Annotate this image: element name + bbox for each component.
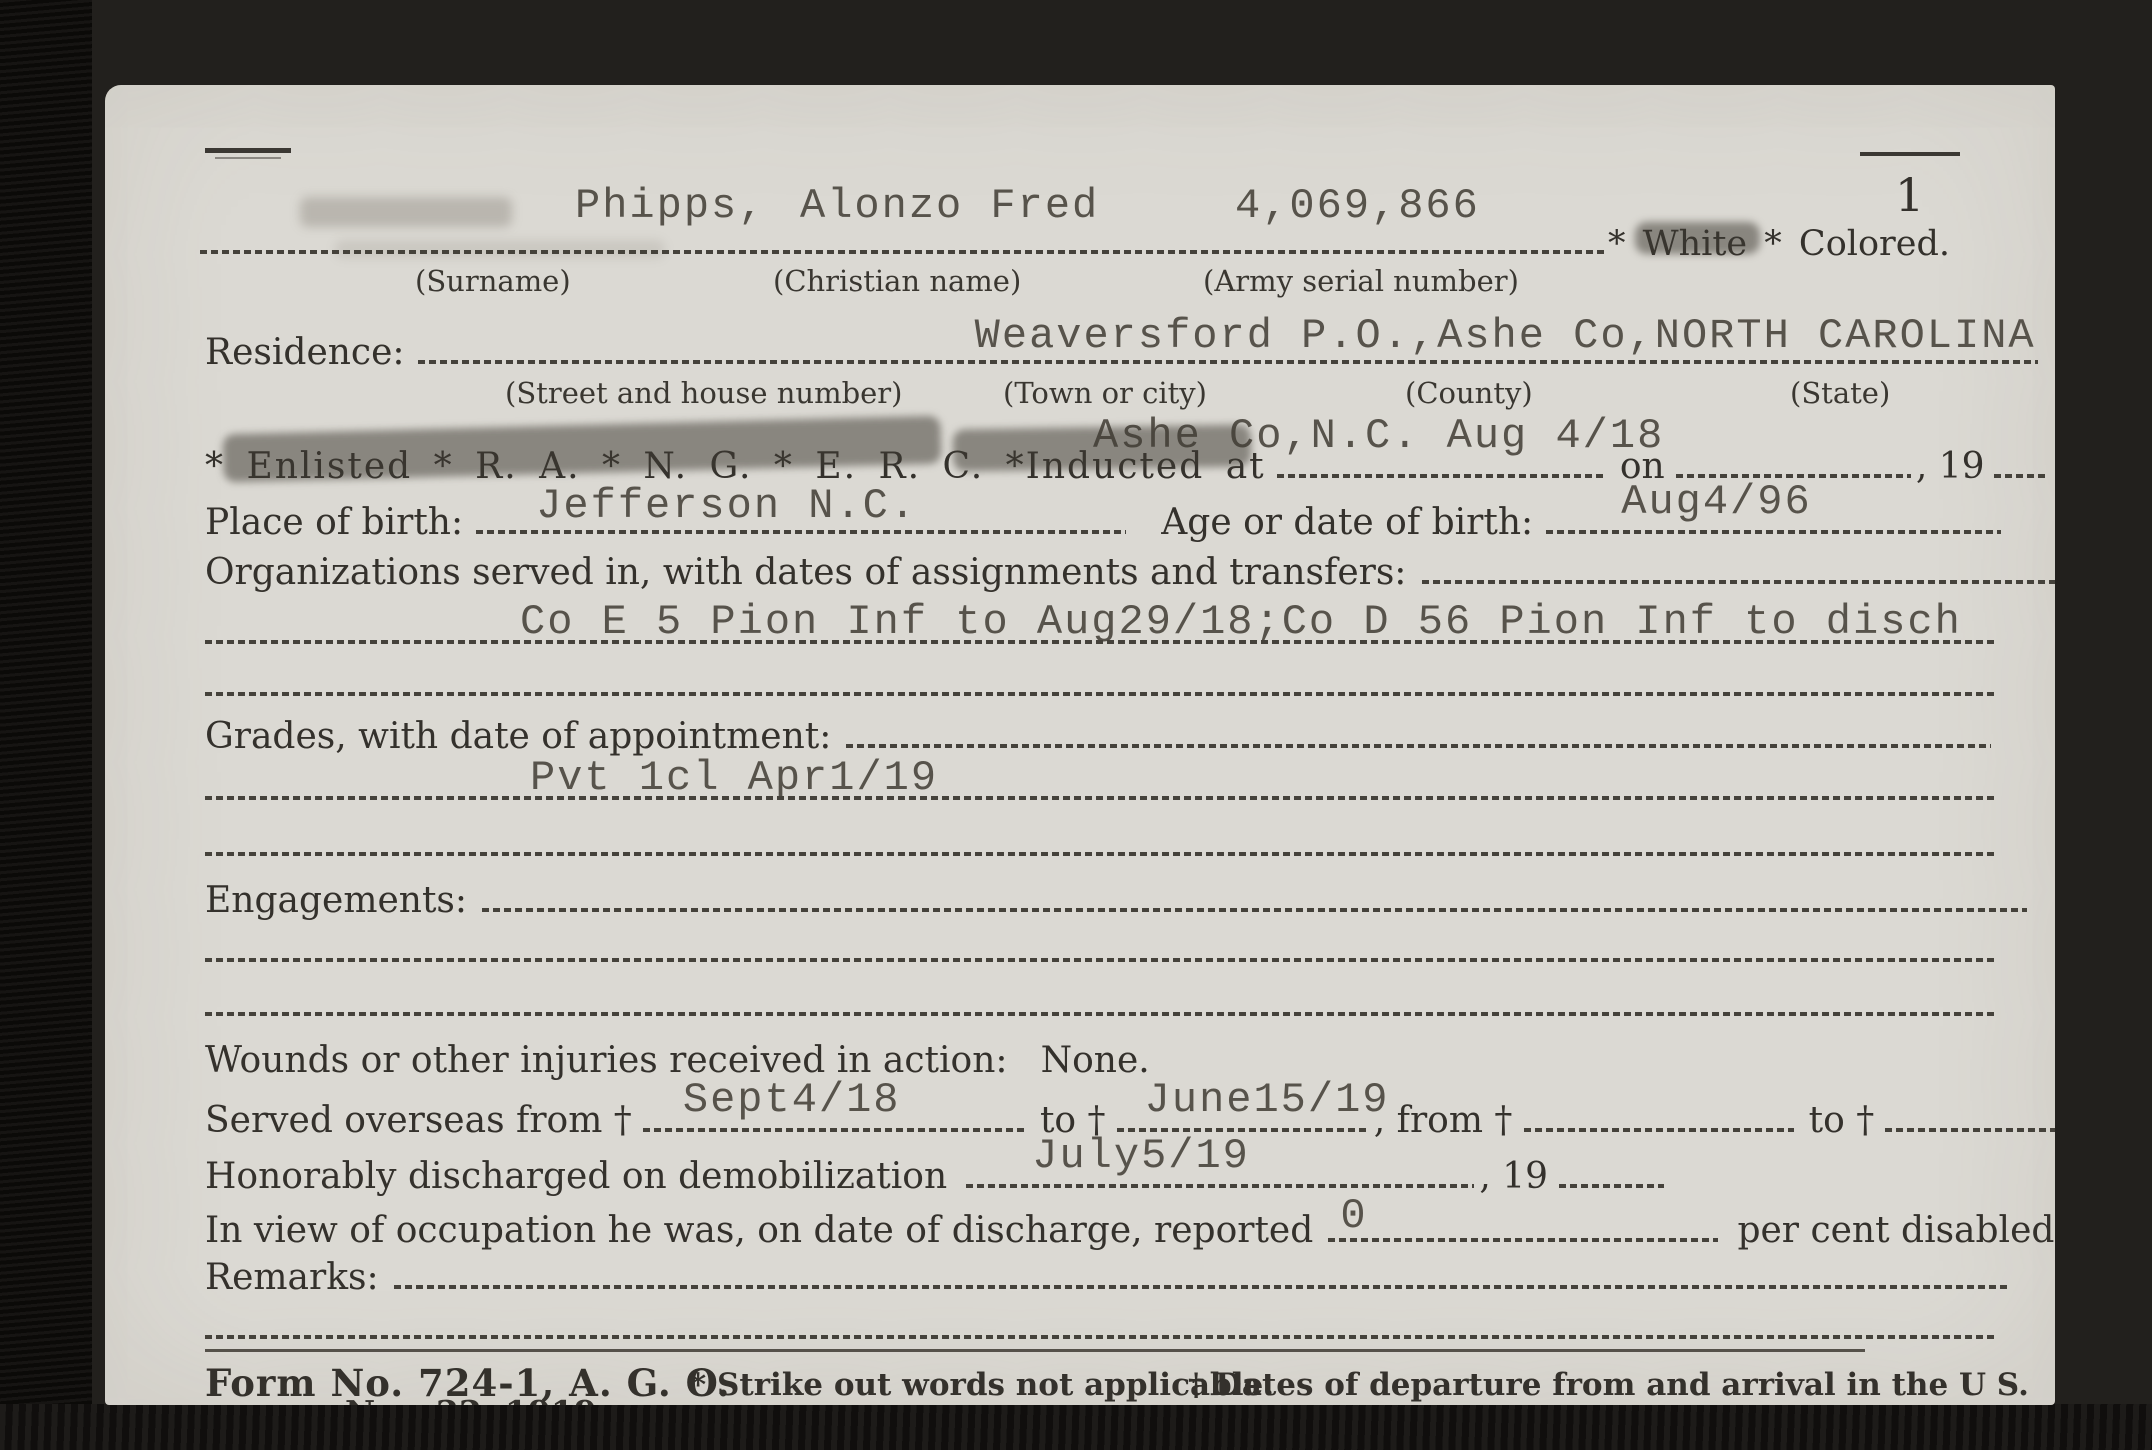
column-label-street: (Street and house number)	[505, 376, 902, 410]
induction-year-fill-line	[1994, 466, 2049, 478]
induction-year-dotted-line	[1994, 474, 2049, 478]
wounds-value: None.	[1041, 1040, 1150, 1081]
column-label-serial-number: (Army serial number)	[1203, 264, 1519, 298]
overseas-from-fill-line-2	[1524, 1120, 1794, 1132]
age-value: Aug4/96	[1621, 478, 1811, 526]
reference-tick	[205, 148, 291, 153]
column-label-christian-name: (Christian name)	[773, 264, 1021, 298]
induction-year-label: , 19	[1916, 446, 1985, 487]
discharge-row: Honorably discharged on demobilization J…	[205, 1156, 1664, 1197]
discharge-value: July5/19	[1032, 1132, 1250, 1180]
grades-label-row: Grades, with date of appointment:	[205, 716, 1991, 757]
christian-name-value: Alonzo Fred	[800, 182, 1099, 230]
place-of-birth-label: Place of birth:	[205, 502, 463, 543]
column-label-state: (State)	[1790, 376, 1890, 410]
disability-value: 0	[1340, 1192, 1367, 1240]
overseas-to-fill-line-1: June15/19	[1117, 1120, 1369, 1132]
organizations-value-row: Co E 5 Pion Inf to Aug29/18;Co D 56 Pion…	[205, 598, 1995, 644]
overseas-from-value-1: Sept4/18	[683, 1076, 901, 1124]
remarks-row: Remarks:	[205, 1257, 2009, 1298]
blank-dotted-line-2	[205, 852, 1995, 856]
column-label-surname: (Surname)	[415, 264, 571, 298]
race-colored-option: Colored.	[1799, 224, 1950, 264]
grades-value: Pvt 1cl Apr1/19	[530, 754, 938, 802]
grades-label: Grades, with date of appointment:	[205, 716, 831, 757]
disability-fill-line: 0	[1328, 1230, 1718, 1242]
form-date: Nov. 22, 1919	[345, 1393, 597, 1405]
column-label-county: (County)	[1405, 376, 1533, 410]
record-card: Phipps, Alonzo Fred 4,069,866 1 * White …	[105, 85, 2055, 1405]
induction-fill-line	[1277, 466, 1607, 478]
birth-row: Place of birth: Jefferson N.C. Age or da…	[205, 502, 2001, 543]
organizations-label: Organizations served in, with dates of a…	[205, 552, 1406, 593]
overseas-to-fill-line-2	[1885, 1120, 2055, 1132]
overseas-from-label-2: , from †	[1374, 1100, 1513, 1141]
race-star-2: *	[1764, 224, 1782, 264]
page-number: 1	[1895, 168, 1924, 222]
race-options-line: * White * Colored.	[1608, 224, 1950, 264]
induction-date-fill-line	[1676, 466, 1911, 478]
grades-value-row: Pvt 1cl Apr1/19	[205, 754, 1995, 800]
blank-dotted-line-5	[205, 1335, 1995, 1339]
grades-value-dotted-line	[205, 796, 1995, 800]
race-white-option: White	[1643, 224, 1759, 264]
ghost-text-smudge	[300, 197, 512, 227]
ghost-text-smudge-2	[335, 240, 665, 258]
residence-value: Weaversford P.O.,Ashe Co,NORTH CAROLINA	[975, 312, 2036, 360]
name-divider-dotted-line	[200, 250, 1605, 254]
surname-value: Phipps,	[575, 182, 765, 230]
footer-rule-line	[205, 1349, 1865, 1352]
age-label: Age or date of birth:	[1161, 502, 1533, 543]
blank-dotted-line-4	[205, 1012, 1995, 1016]
race-star-1: *	[1608, 224, 1626, 264]
film-edge-strip	[0, 0, 92, 1450]
organizations-label-row: Organizations served in, with dates of a…	[205, 552, 2055, 593]
organizations-value: Co E 5 Pion Inf to Aug29/18;Co D 56 Pion…	[520, 598, 1962, 646]
organizations-dotted-line	[1422, 580, 2055, 584]
disability-suffix-label: per cent disabled.	[1737, 1210, 2055, 1251]
organizations-fill-line	[1422, 572, 2055, 584]
place-of-birth-value: Jefferson N.C.	[536, 482, 917, 530]
scan-bottom-shadow	[0, 1404, 2152, 1450]
blank-dotted-line-1	[205, 692, 1995, 696]
overseas-from-fill-line-1: Sept4/18	[643, 1120, 1025, 1132]
overseas-to-label-2: to †	[1809, 1100, 1875, 1141]
age-fill-line: Aug4/96	[1546, 522, 2001, 534]
residence-label: Residence:	[205, 332, 405, 373]
organizations-value-dotted-line	[205, 640, 1995, 644]
engagements-fill-line	[482, 900, 2027, 912]
scanned-service-record: Phipps, Alonzo Fred 4,069,866 1 * White …	[0, 0, 2152, 1450]
discharge-fill-line: July5/19	[966, 1176, 1474, 1188]
overseas-from-dotted-line-2	[1524, 1128, 1794, 1132]
overseas-to-value-1: June15/19	[1145, 1076, 1390, 1124]
induction-dotted-line	[1277, 474, 1607, 478]
engagements-dotted-line	[482, 908, 2027, 912]
footer-note-dates: † Dates of departure from and arrival in…	[1188, 1367, 2029, 1403]
residence-fill-line: Weaversford P.O.,Ashe Co,NORTH CAROLINA	[418, 352, 2038, 364]
discharge-year-dotted-line	[1559, 1184, 1664, 1188]
residence-row: Residence: Weaversford P.O.,Ashe Co,NORT…	[205, 332, 2038, 373]
page-number-overline	[1860, 152, 1960, 156]
grades-fill-line	[846, 736, 1991, 748]
remarks-fill-line	[394, 1277, 2009, 1289]
blank-dotted-line-3	[205, 958, 1995, 962]
disability-row: In view of occupation he was, on date of…	[205, 1210, 2055, 1251]
strikeout-smudge-erc	[953, 424, 1252, 471]
grades-dotted-line	[846, 744, 1991, 748]
wounds-row: Wounds or other injuries received in act…	[205, 1040, 1150, 1081]
disability-label: In view of occupation he was, on date of…	[205, 1210, 1313, 1251]
disability-dotted-line	[1328, 1238, 1718, 1242]
column-label-town: (Town or city)	[1003, 376, 1207, 410]
residence-dotted-line	[418, 360, 2038, 364]
discharge-label: Honorably discharged on demobilization	[205, 1156, 947, 1197]
reference-tick-underline	[215, 157, 281, 159]
place-of-birth-dotted-line	[476, 530, 1126, 534]
discharge-year-label: , 19	[1479, 1156, 1548, 1197]
engagements-label: Engagements:	[205, 880, 467, 921]
remarks-label: Remarks:	[205, 1257, 379, 1298]
serial-number-value: 4,069,866	[1235, 182, 1480, 230]
overseas-to-dotted-line-2	[1885, 1128, 2055, 1132]
age-dotted-line	[1546, 530, 2001, 534]
footer-note-strike: * Strike out words not applicable.	[690, 1367, 1274, 1403]
place-of-birth-fill-line: Jefferson N.C.	[476, 522, 1126, 534]
overseas-label: Served overseas from †	[205, 1100, 632, 1141]
discharge-year-fill-line	[1559, 1176, 1664, 1188]
remarks-dotted-line	[394, 1285, 2009, 1289]
discharge-dotted-line	[966, 1184, 1474, 1188]
engagements-row: Engagements:	[205, 880, 2027, 921]
race-strikeout-smudge	[1635, 222, 1760, 254]
overseas-from-dotted-line-1	[643, 1128, 1025, 1132]
